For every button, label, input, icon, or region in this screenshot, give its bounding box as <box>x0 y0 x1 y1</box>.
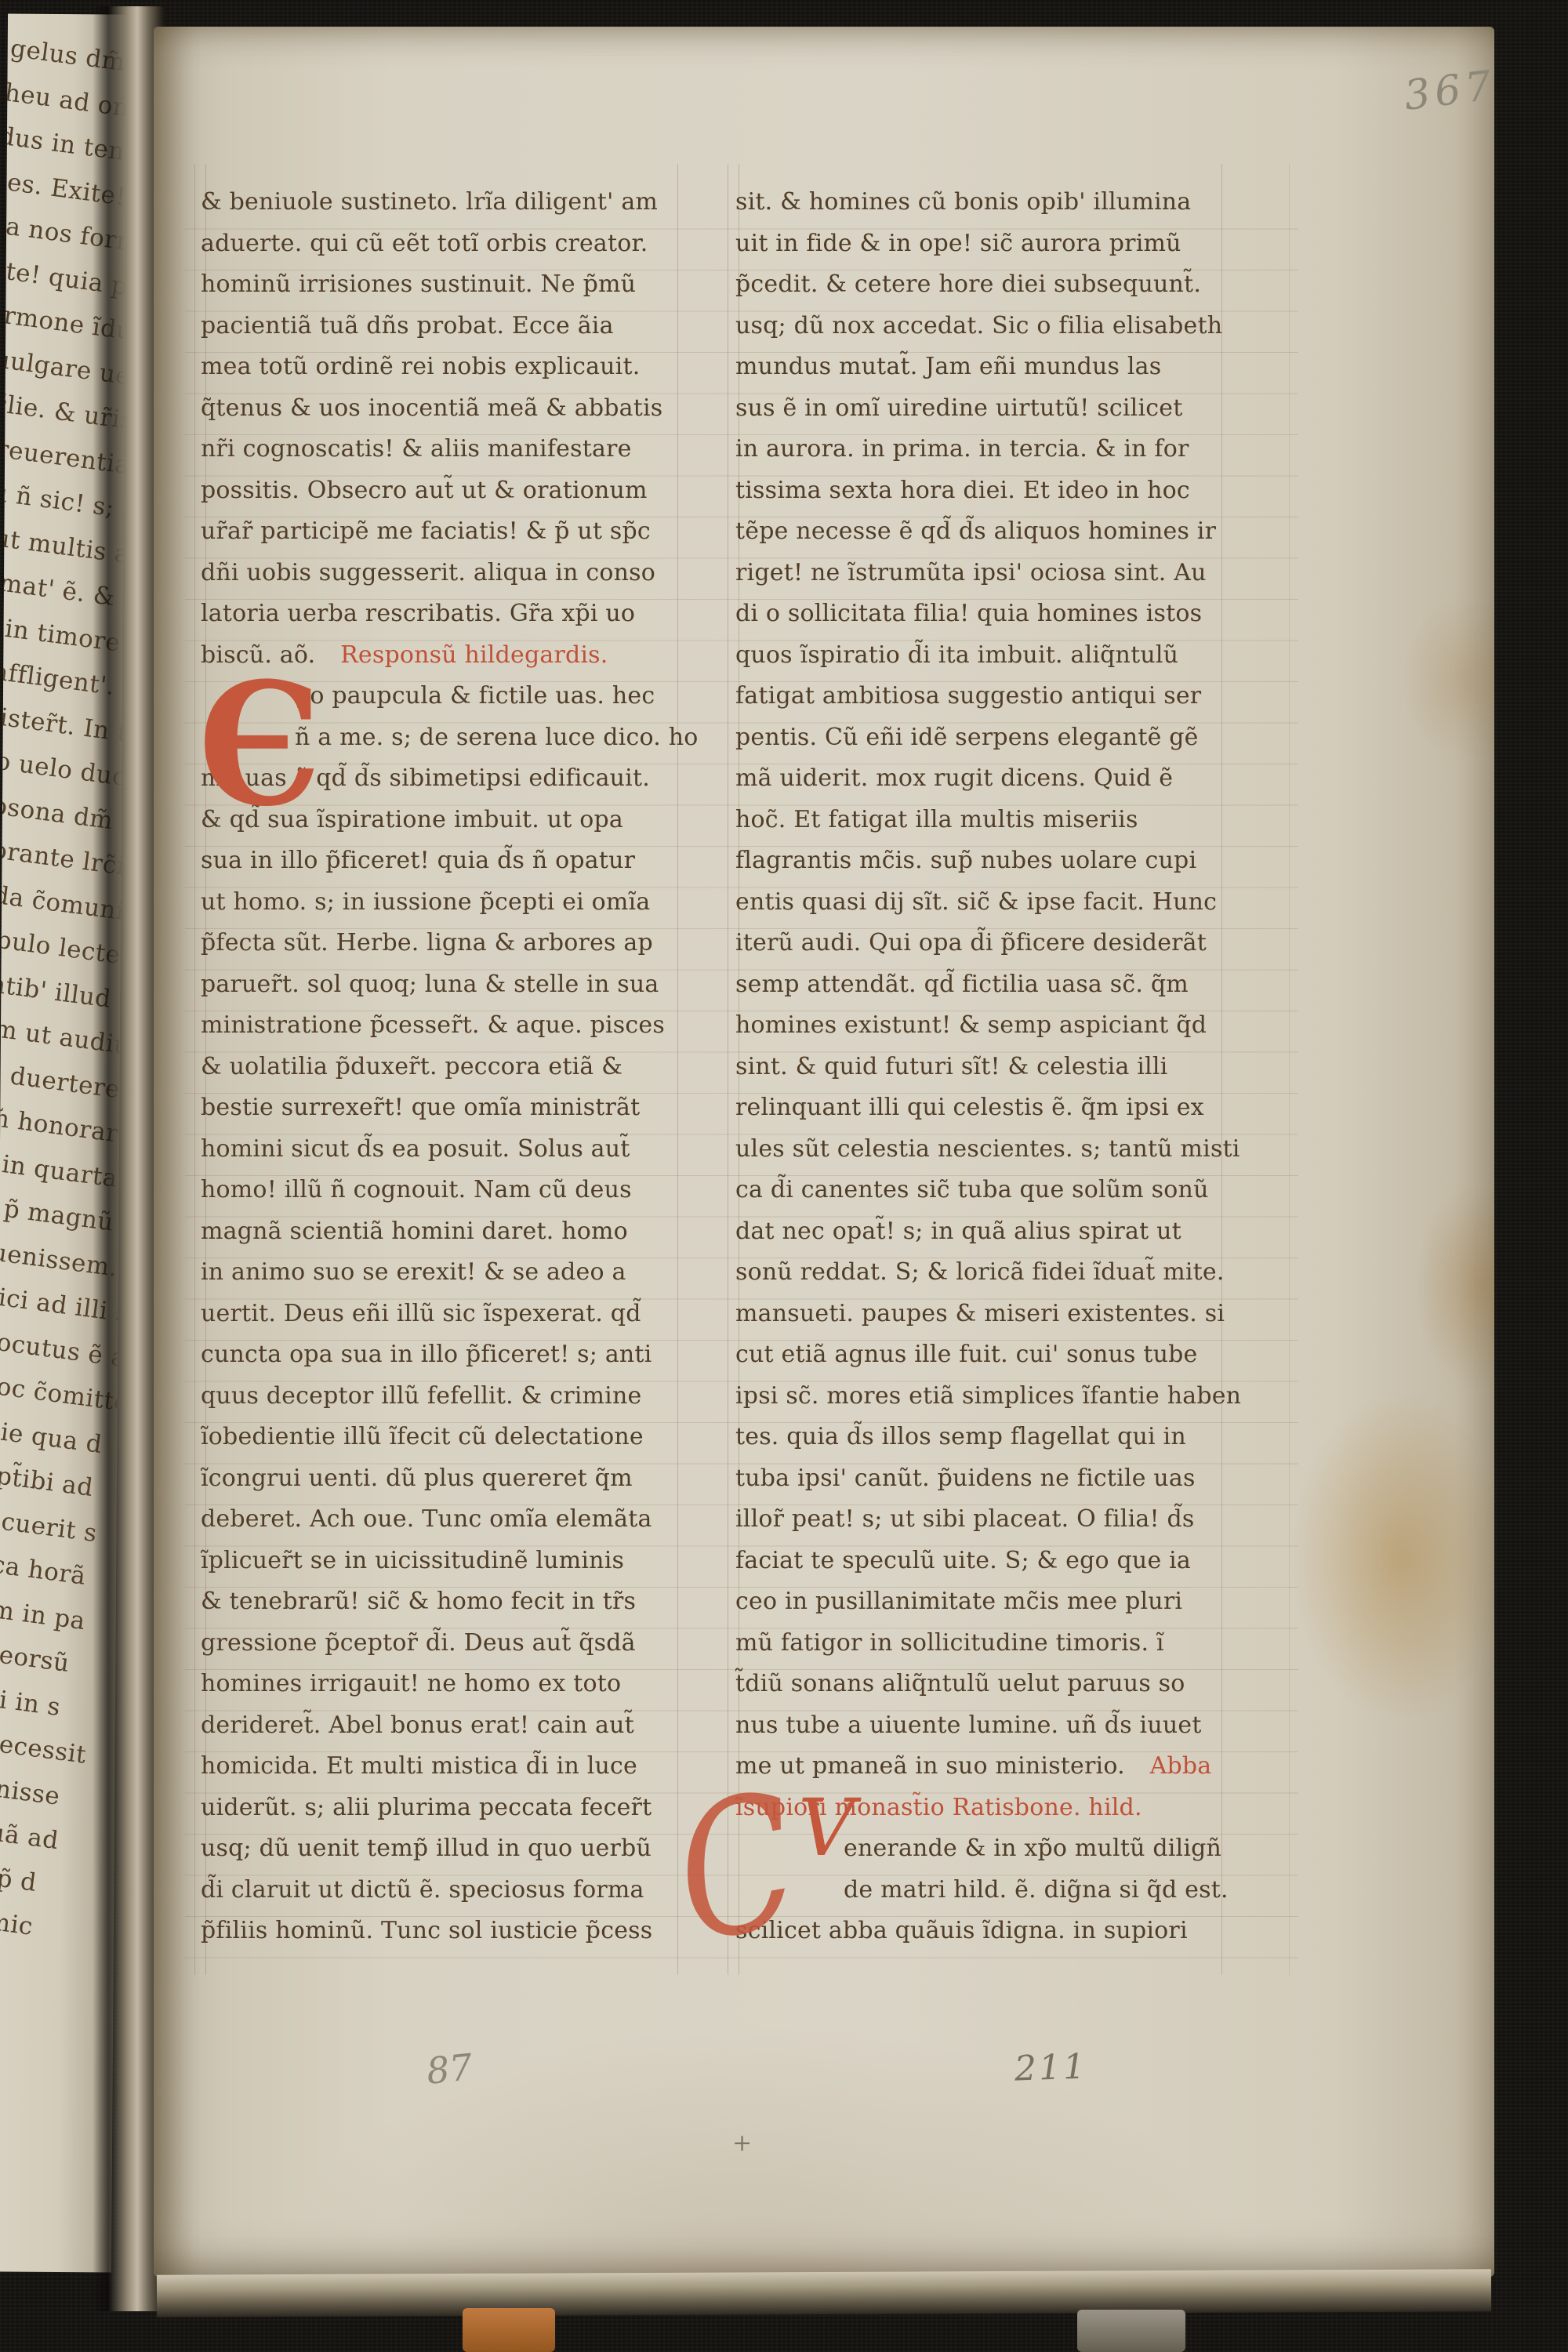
manuscript-line: illor̃ peat! s; ut sibi placeat. O filia… <box>735 1505 1233 1547</box>
manuscript-line: & uolatilia p̃duxer̃t. peccora etiã & <box>201 1053 691 1094</box>
manuscript-line: de matri hild. ẽ. dig̃na si q̃d est. <box>735 1876 1233 1918</box>
manuscript-line: latoria uerba rescribatis. Gr̃a xp̃i uo <box>201 600 691 641</box>
manuscript-line: ut homo. s; in iussione p̃cepti ei omĩa <box>201 888 691 930</box>
manuscript-line: homo! illũ ñ cognouit. Nam cũ deus <box>201 1176 691 1218</box>
manuscript-line: uit in fide & in ope! sic̃ aurora primũ <box>735 230 1233 271</box>
manuscript-line: & tenebrarũ! sic̃ & homo fecit in tr̃s <box>201 1588 691 1629</box>
manuscript-line: & beniuole sustineto. lrĩa diligent' am <box>201 188 691 230</box>
manuscript-line: homines existunt! & semp aspiciant q̃d <box>735 1011 1233 1053</box>
manuscript-line: riget! ne ĩstrumũta ipsi' ociosa sint. A… <box>735 559 1233 601</box>
manuscript-line: uertit. Deus eñi illũ sic ĩspexerat. qd̃ <box>201 1300 691 1341</box>
manuscript-line: pentis. Cũ eñi idẽ serpens elegantẽ gẽ <box>735 724 1233 765</box>
manuscript-line: d̃i claruit ut dictũ ẽ. speciosus forma <box>201 1876 691 1918</box>
manuscript-line: ceo in pusillanimitate mc̃is mee pluri <box>735 1588 1233 1629</box>
manuscript-line: ĩcongrui uenti. dũ plus quereret q̃m <box>201 1465 691 1506</box>
manuscript-line: mũ fatigor in sollicitudine timoris. ĩ <box>735 1629 1233 1671</box>
manuscript-line: homines irrigauit! ne homo ex toto <box>201 1670 691 1711</box>
line-end-text: me ut pmaneã in suo ministerio. <box>735 1752 1125 1780</box>
vertical-ruling <box>194 164 195 1975</box>
manuscript-line: tes. quia d̃s illos semp flagellat qui i… <box>735 1423 1233 1465</box>
manuscript-line: bestie surrexer̃t! que omĩa ministrãt <box>201 1094 691 1135</box>
manuscript-line: ĩplicuer̃t se in uicissitudinẽ luminis <box>201 1547 691 1588</box>
manuscript-line: p̃cedit. & cetere hore diei subsequunt̃. <box>735 270 1233 312</box>
manuscript-line: p̃filiis hominũ. Tunc sol iusticie p̃ces… <box>201 1917 691 1958</box>
manuscript-line: entis quasi dij sĩt. sic̃ & ipse facit. … <box>735 888 1233 930</box>
manuscript-line: derideret̃. Abel bonus erat! cain aut̃ <box>201 1711 691 1753</box>
manuscript-line: in animo suo se erexit! & se adeo a <box>201 1258 691 1300</box>
pencil-number-left: 87 <box>424 2045 474 2092</box>
vertical-ruling <box>728 164 728 1975</box>
manuscript-line: cuncta opa sua in illo p̃ficeret! s; ant… <box>201 1341 691 1382</box>
illuminated-initial-E: Є <box>198 660 322 829</box>
manuscript-line: cut etiã agnus ille fuit. cui' sonus tub… <box>735 1341 1233 1382</box>
pencil-number-right: 211 <box>1014 2046 1088 2089</box>
manuscript-line: tẽpe necesse ẽ qd̃ d̃s aliquos homines i… <box>735 517 1233 559</box>
rubric-responsum: Responsũ hildegardis. <box>340 641 608 669</box>
pencil-plus-mark: + <box>732 2129 752 2157</box>
manuscript-line: nus tube a uiuente lumine. uñ d̃s iuuet <box>735 1711 1233 1753</box>
manuscript-line: hoc̃. Et fatigat illa multis miseriis <box>735 806 1233 848</box>
vertical-ruling <box>1289 164 1290 1975</box>
manuscript-line: paruer̃t. sol quoq; luna & stelle in sua <box>201 971 691 1012</box>
manuscript-line: quos ĩspiratio d̃i ita imbuit. aliq̃ntul… <box>735 641 1233 683</box>
manuscript-line: sit. & homines cũ bonis opib' illumina <box>735 188 1233 230</box>
manuscript-line: q̃tenus & uos inocentiã meã & abbatis <box>201 394 691 436</box>
manuscript-line: sint. & quid futuri sĩt! & celestia illi <box>735 1053 1233 1094</box>
manuscript-line: possitis. Obsecro aut̃ ut & orationum <box>201 477 691 518</box>
manuscript-photo: gelus dm̃ dicent. Elamisheu ad om̃s gemi… <box>0 0 1568 2352</box>
folio-number: 367 <box>1402 62 1499 120</box>
column-right-top: sit. & homines cũ bonis opib' illuminaui… <box>735 188 1233 1752</box>
manuscript-line: usq; dũ uenit temp̃ illud in quo uerbũ <box>201 1835 691 1876</box>
manuscript-line: iterũ audi. Qui opa d̃i p̃ficere desider… <box>735 929 1233 971</box>
manuscript-line: magnã scientiã homini daret. homo <box>201 1218 691 1259</box>
manuscript-line: quus deceptor illũ fefellit. & crimine <box>201 1382 691 1424</box>
manuscript-line: mansueti. paupes & miseri existentes. si <box>735 1300 1233 1341</box>
text-column-left: & beniuole sustineto. lrĩa diligent' ama… <box>201 188 691 1958</box>
manuscript-line: ules sũt celestia nescientes. s; tantũ m… <box>735 1135 1233 1177</box>
rubric-abba: Abba <box>1150 1752 1212 1780</box>
manuscript-line: faciat te speculũ uite. S; & ego que ia <box>735 1547 1233 1588</box>
manuscript-line: homini sicut d̃s ea posuit. Solus aut̃ <box>201 1135 691 1177</box>
manuscript-line: gressione p̃ceptor̃ d̃i. Deus aut̃ q̃sdã <box>201 1629 691 1671</box>
manuscript-line: dñi uobis suggesserit. aliqua in conso <box>201 559 691 601</box>
manuscript-line: tuba ipsi' canũt. p̃uidens ne fictile ua… <box>735 1465 1233 1506</box>
manuscript-line: uiderũt. s; alii plurima peccata fecer̃t <box>201 1794 691 1835</box>
text-column-right: sit. & homines cũ bonis opib' illuminaui… <box>735 188 1233 1958</box>
manuscript-line: sus ẽ in omĩ uiredine uirtutũ! scilicet <box>735 394 1233 436</box>
manuscript-line: usq; dũ nox accedat. Sic o filia elisabe… <box>735 312 1233 354</box>
manuscript-line: sonũ reddat. S; & loricã fidei ĩduat̃ mi… <box>735 1258 1233 1300</box>
manuscript-line: relinquant illi qui celestis ẽ. q̃m ipsi… <box>735 1094 1233 1135</box>
column-left-top: & beniuole sustineto. lrĩa diligent' ama… <box>201 188 691 641</box>
column-right-body-wrap: C ĩsupiori monast̃io Ratisbone. hild. V … <box>735 1794 1233 1958</box>
manuscript-page: 367 & beniuole sustineto. lrĩa diligent'… <box>154 27 1494 2277</box>
manuscript-line: fatigat ambitiosa suggestio antiqui ser <box>735 682 1233 724</box>
manuscript-line: mundus mutat̃. Jam eñi mundus las <box>735 353 1233 394</box>
column-left-body: go paupcula & fictile uas. hecñ a me. s;… <box>201 682 691 1958</box>
manuscript-line: mã uiderit. mox rugit dicens. Quid ẽ <box>735 764 1233 806</box>
manuscript-line: di o sollicitata filia! quia homines ist… <box>735 600 1233 641</box>
manuscript-line: t̃diũ sonans aliq̃ntulũ uelut paruus so <box>735 1670 1233 1711</box>
manuscript-line: flagrantis mc̃is. sup̃ nubes uolare cupi <box>735 847 1233 888</box>
manuscript-line: ministratione p̃cesser̃t. & aque. pisces <box>201 1011 691 1053</box>
manuscript-line: nr̃i cognoscatis! & aliis manifestare <box>201 435 691 477</box>
manuscript-line: ipsi sc̃. mores etiã simplices ĩfantie h… <box>735 1382 1233 1424</box>
manuscript-line: tissima sexta hora diei. Et ideo in hoc <box>735 477 1233 518</box>
manuscript-line: homicida. Et multi mistica d̃i in luce <box>201 1752 691 1794</box>
manuscript-line: ur̃ar̃ participẽ me faciatis! & p̃ ut sp… <box>201 517 691 559</box>
manuscript-line: pacientiã tuã dñs probat. Ecce ãia <box>201 312 691 354</box>
page-bottom-edges <box>157 2269 1491 2317</box>
manuscript-line: semp attendãt. qd̃ fictilia uasa sc̃. q̃… <box>735 971 1233 1012</box>
manuscript-line: sua in illo p̃ficeret! quia d̃s ñ opatur <box>201 847 691 888</box>
manuscript-line: mea totũ ordinẽ rei nobis explicauit. <box>201 353 691 394</box>
manuscript-line: ca d̃i canentes sic̃ tuba que solũm sonũ <box>735 1176 1233 1218</box>
manuscript-line: deberet. Ach oue. Tunc omĩa elemãta <box>201 1505 691 1547</box>
manuscript-line: p̃fecta sũt. Herbe. ligna & arbores ap <box>201 929 691 971</box>
manuscript-line: in aurora. in prima. in tercia. & in for <box>735 435 1233 477</box>
manuscript-line: hominũ irrisiones sustinuit. Ne p̃mũ <box>201 270 691 312</box>
binding-band-orange <box>463 2308 555 2352</box>
column-left-body-wrap: Є go paupcula & fictile uas. hecñ a me. … <box>201 682 691 1958</box>
manuscript-line: dat nec opat̃! s; in quã alius spirat ut <box>735 1218 1233 1259</box>
illuminated-initial-V: V <box>798 1789 855 1867</box>
manuscript-line: aduerte. qui cũ eẽt totĩ orbis creator. <box>201 230 691 271</box>
binding-band-grey <box>1077 2310 1185 2352</box>
manuscript-line: ĩobedientie illũ ĩfecit cũ delectatione <box>201 1423 691 1465</box>
